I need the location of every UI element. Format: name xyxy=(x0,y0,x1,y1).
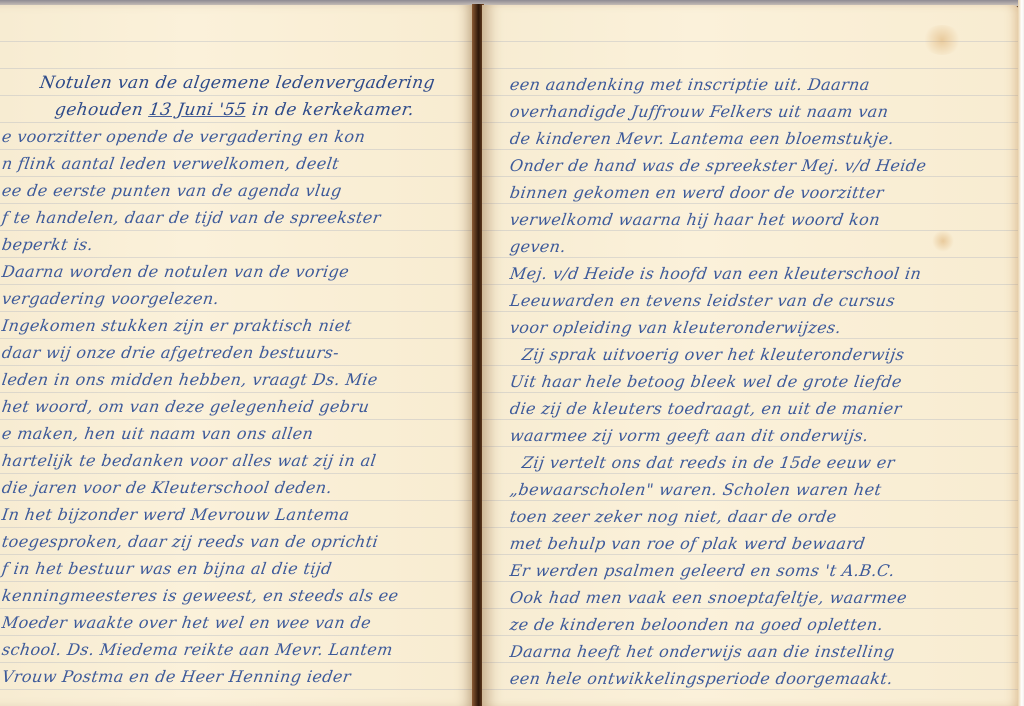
left-line: die jaren voor de Kleuterschool deden. xyxy=(1,478,334,497)
left-line: Daarna worden de notulen van de vorige xyxy=(1,262,351,281)
right-line: Zij vertelt ons dat reeds in de 15de eeu… xyxy=(521,453,896,472)
title-suffix: in de kerkekamer. xyxy=(245,100,416,120)
right-line: Uit haar hele betoog bleek wel de grote … xyxy=(509,372,904,391)
left-page: Notulen van de algemene ledenvergadering… xyxy=(0,5,474,706)
right-line: die zij de kleuters toedraagt, en uit de… xyxy=(509,399,903,418)
minutes-title-line-2: gehouden 13 Juni '55 in de kerkekamer. xyxy=(54,100,416,120)
right-line: Mej. v/d Heide is hoofd van een kleuters… xyxy=(509,264,923,283)
left-line: beperkt is. xyxy=(1,235,95,254)
left-line: f in het bestuur was en bijna al die tij… xyxy=(1,559,334,578)
left-line: e voorzitter opende de vergadering en ko… xyxy=(1,127,367,146)
page-edge xyxy=(1018,0,1024,706)
right-line: waarmee zij vorm geeft aan dit onderwijs… xyxy=(509,426,870,445)
right-line: Zij sprak uitvoerig over het kleuteronde… xyxy=(521,345,906,364)
right-line: geven. xyxy=(509,237,568,256)
left-line: In het bijzonder werd Mevrouw Lantema xyxy=(1,505,351,524)
left-line: hartelijk te bedanken voor alles wat zij… xyxy=(1,451,378,470)
left-line: n flink aantal leden verwelkomen, deelt xyxy=(1,154,341,173)
left-line: Vrouw Postma en de Heer Henning ieder xyxy=(1,667,353,686)
meeting-date: 13 Juni '55 xyxy=(148,100,248,120)
right-line: verwelkomd waarna hij haar het woord kon xyxy=(509,210,882,229)
left-line: Ingekomen stukken zijn er praktisch niet xyxy=(1,316,353,335)
title-prefix: gehouden xyxy=(54,100,151,120)
right-line: de kinderen Mevr. Lantema een bloemstukj… xyxy=(509,129,896,148)
left-line: het woord, om van deze gelegenheid gebru xyxy=(1,397,371,416)
right-line: Leeuwarden en tevens leidster van de cur… xyxy=(509,291,897,310)
left-line: vergadering voorgelezen. xyxy=(1,289,221,308)
right-line: Er werden psalmen geleerd en soms 't A.B… xyxy=(509,561,896,580)
left-line: e maken, hen uit naam van ons allen xyxy=(1,424,315,443)
paper-stain xyxy=(922,25,962,55)
right-page: een aandenking met inscriptie uit. Daarn… xyxy=(482,5,1019,706)
right-line: een hele ontwikkelingsperiode doorgemaak… xyxy=(509,669,895,688)
right-line: toen zeer zeker nog niet, daar de orde xyxy=(509,507,838,526)
paper-stain xyxy=(932,230,954,252)
right-line: ze de kinderen beloonden na goed oplette… xyxy=(509,615,885,634)
left-line: Moeder waakte over het wel en wee van de xyxy=(1,613,373,632)
right-line: Daarna heeft het onderwijs aan die inste… xyxy=(509,642,896,661)
right-line: Onder de hand was de spreekster Mej. v/d… xyxy=(509,156,928,175)
right-line: met behulp van roe of plak werd bewaard xyxy=(509,534,867,553)
minutes-title-line-1: Notulen van de algemene ledenvergadering xyxy=(39,73,437,93)
right-line: een aandenking met inscriptie uit. Daarn… xyxy=(509,75,872,94)
right-line: overhandigde Juffrouw Felkers uit naam v… xyxy=(509,102,890,121)
left-line: school. Ds. Miedema reikte aan Mevr. Lan… xyxy=(1,640,394,659)
left-line: f te handelen, daar de tijd van de spree… xyxy=(1,208,383,227)
right-line: voor opleiding van kleuteronderwijzes. xyxy=(509,318,843,337)
right-line: „bewaarscholen" waren. Scholen waren het xyxy=(509,480,883,499)
right-line: Ook had men vaak een snoeptafeltje, waar… xyxy=(509,588,909,607)
right-line: binnen gekomen en werd door de voorzitte… xyxy=(509,183,885,202)
left-line: daar wij onze drie afgetreden bestuurs- xyxy=(1,343,341,362)
left-line: ee de eerste punten van de agenda vlug xyxy=(1,181,344,200)
left-line: kenningmeesteres is geweest, en steeds a… xyxy=(1,586,400,605)
left-line: toegesproken, daar zij reeds van de opri… xyxy=(1,532,380,551)
left-line: leden in ons midden hebben, vraagt Ds. M… xyxy=(1,370,379,389)
